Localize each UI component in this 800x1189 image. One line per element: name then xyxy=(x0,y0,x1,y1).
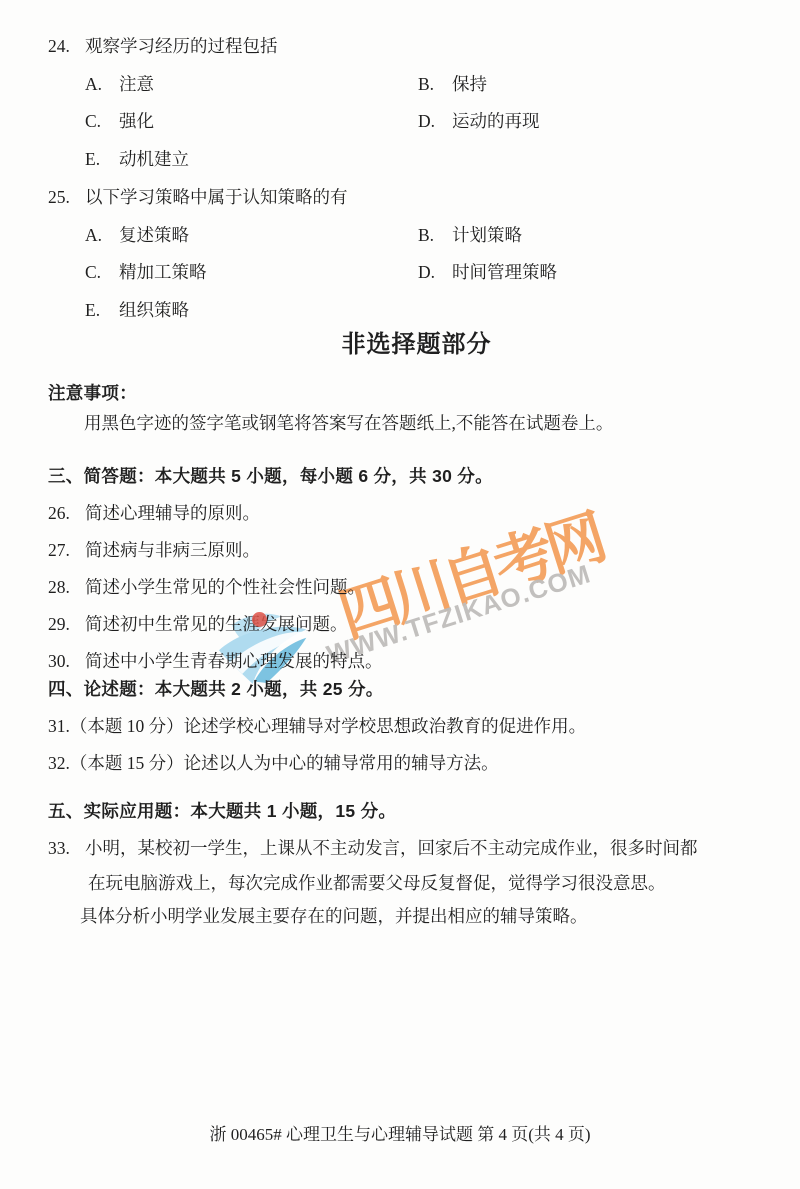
question-33-line-2: 在玩电脑游戏上，每次完成作业都需要父母反复督促，觉得学习很没意思。 xyxy=(88,873,666,895)
question-32-number: 32. xyxy=(48,753,70,773)
option-label: E. xyxy=(85,149,119,171)
question-24-option-a: A.注意 xyxy=(85,74,154,96)
option-label: A. xyxy=(85,225,119,247)
question-33-line-1: 33.小明，某校初一学生，上课从不主动发言，回家后不主动完成作业，很多时间都 xyxy=(48,838,698,860)
question-31-number: 31. xyxy=(48,716,70,736)
question-25-option-d: D.时间管理策略 xyxy=(418,262,557,284)
question-30-text: 简述中小学生青春期心理发展的特点。 xyxy=(85,651,383,671)
question-31: 31.（本题 10 分）论述学校心理辅导对学校思想政治教育的促进作用。 xyxy=(48,716,586,738)
option-text: 精加工策略 xyxy=(119,262,207,282)
question-33-number: 33. xyxy=(48,838,85,860)
question-25-option-b: B.计划策略 xyxy=(418,225,522,247)
page-footer: 浙 00465# 心理卫生与心理辅导试题 第 4 页(共 4 页) xyxy=(0,1120,800,1145)
question-25-option-e: E.组织策略 xyxy=(85,300,189,322)
question-25-text: 以下学习策略中属于认知策略的有 xyxy=(85,187,348,207)
option-text: 复述策略 xyxy=(119,225,189,245)
exam-paper-page: 四川自考网 WWW.TFZIKAO.COM 24.观察学习经历的过程包括 A.注… xyxy=(0,0,800,1189)
question-26: 26.简述心理辅导的原则。 xyxy=(48,503,260,525)
question-29-text: 简述初中生常见的生涯发展问题。 xyxy=(85,614,348,634)
question-27: 27.简述病与非病三原则。 xyxy=(48,540,260,562)
question-24-option-b: B.保持 xyxy=(418,74,487,96)
question-28-number: 28. xyxy=(48,577,85,599)
option-text: 组织策略 xyxy=(119,300,189,320)
question-24-option-d: D.运动的再现 xyxy=(418,111,540,133)
option-text: 注意 xyxy=(119,74,154,94)
option-text: 保持 xyxy=(452,74,487,94)
question-24-number: 24. xyxy=(48,36,85,58)
question-29: 29.简述初中生常见的生涯发展问题。 xyxy=(48,614,348,636)
option-label: C. xyxy=(85,262,119,284)
question-28: 28.简述小学生常见的个性社会性问题。 xyxy=(48,577,365,599)
question-25-option-a: A.复述策略 xyxy=(85,225,189,247)
question-24-option-c: C.强化 xyxy=(85,111,154,133)
question-27-number: 27. xyxy=(48,540,85,562)
question-30-number: 30. xyxy=(48,651,85,673)
question-24-stem: 24.观察学习经历的过程包括 xyxy=(48,36,278,58)
question-27-text: 简述病与非病三原则。 xyxy=(85,540,260,560)
option-text: 时间管理策略 xyxy=(452,262,557,282)
option-label: B. xyxy=(418,225,452,247)
question-25-number: 25. xyxy=(48,187,85,209)
option-text: 强化 xyxy=(119,111,154,131)
question-24-text: 观察学习经历的过程包括 xyxy=(85,36,278,56)
option-label: C. xyxy=(85,111,119,133)
option-text: 计划策略 xyxy=(452,225,522,245)
section-title: 非选择题部分 xyxy=(0,324,800,359)
question-32: 32.（本题 15 分）论述以人为中心的辅导常用的辅导方法。 xyxy=(48,753,499,775)
question-25-stem: 25.以下学习策略中属于认知策略的有 xyxy=(48,187,348,209)
question-28-text: 简述小学生常见的个性社会性问题。 xyxy=(85,577,365,597)
option-text: 动机建立 xyxy=(119,149,189,169)
question-25-option-c: C.精加工策略 xyxy=(85,262,207,284)
question-24-option-e: E.动机建立 xyxy=(85,149,189,171)
watermark-red-dot-icon xyxy=(252,612,267,627)
question-26-number: 26. xyxy=(48,503,85,525)
section-5-heading: 五、实际应用题：本大题共 1 小题，15 分。 xyxy=(48,801,396,823)
section-4-heading: 四、论述题：本大题共 2 小题，共 25 分。 xyxy=(48,679,384,701)
question-32-text: （本题 15 分）论述以人为中心的辅导常用的辅导方法。 xyxy=(70,753,499,773)
option-label: D. xyxy=(418,111,452,133)
question-33-text: 小明，某校初一学生，上课从不主动发言，回家后不主动完成作业，很多时间都 xyxy=(85,838,698,858)
option-label: B. xyxy=(418,74,452,96)
section-3-heading: 三、简答题：本大题共 5 小题，每小题 6 分，共 30 分。 xyxy=(48,466,493,488)
notice-body: 用黑色字迹的签字笔或钢笔将答案写在答题纸上,不能答在试题卷上。 xyxy=(84,413,613,435)
question-29-number: 29. xyxy=(48,614,85,636)
question-33-line-3: 具体分析小明学业发展主要存在的问题，并提出相应的辅导策略。 xyxy=(80,906,588,928)
option-label: A. xyxy=(85,74,119,96)
option-label: D. xyxy=(418,262,452,284)
question-30: 30.简述中小学生青春期心理发展的特点。 xyxy=(48,651,383,673)
question-26-text: 简述心理辅导的原则。 xyxy=(85,503,260,523)
option-text: 运动的再现 xyxy=(452,111,540,131)
question-31-text: （本题 10 分）论述学校心理辅导对学校思想政治教育的促进作用。 xyxy=(70,716,586,736)
notice-heading: 注意事项： xyxy=(48,383,137,405)
option-label: E. xyxy=(85,300,119,322)
